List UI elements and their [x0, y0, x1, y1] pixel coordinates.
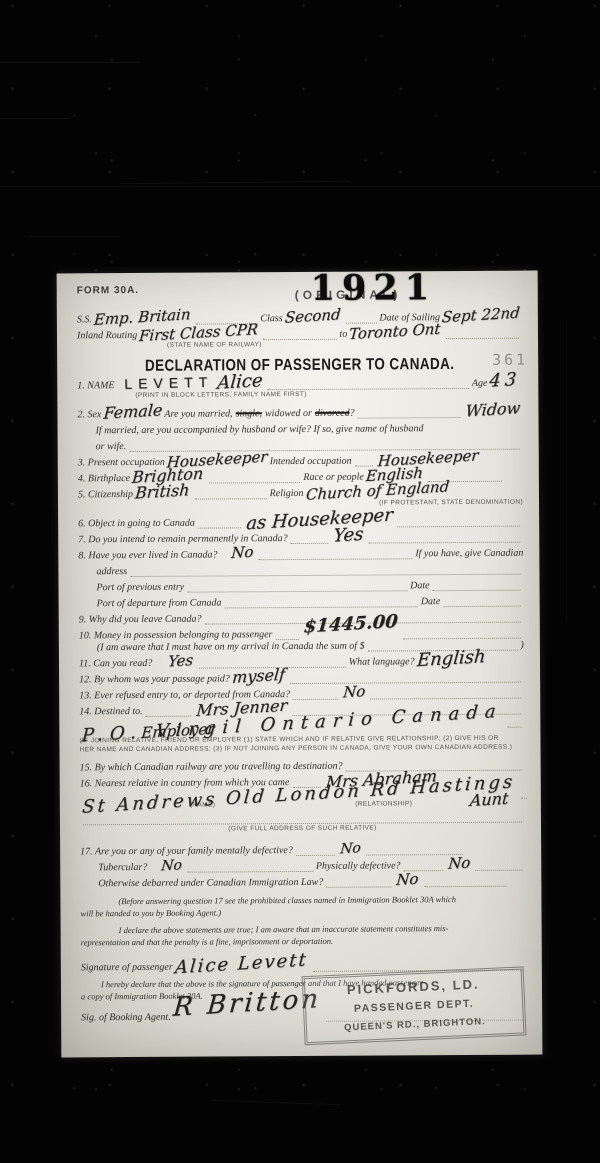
q5-label2: Religion [270, 488, 304, 499]
declaration-line1: I declare the above statements are true;… [119, 923, 449, 936]
intended-occupation-handwriting: Housekeeper [377, 451, 478, 465]
q12-label: 12. By whom was your passage paid? [79, 673, 230, 685]
age-handwriting: 43 [489, 376, 521, 386]
q9-label: 9. Why did you leave Canada? [79, 614, 202, 626]
employer-handwriting: Employer [141, 725, 215, 737]
dotted-line [475, 866, 522, 871]
birthplace-handwriting: Brighton [132, 470, 204, 482]
q2-struck-divorced: divorced [315, 408, 350, 419]
dotted-line [187, 867, 313, 873]
form-number-label: FORM 30A. [77, 285, 139, 296]
dotted-line [424, 882, 506, 888]
object-handwriting: as Housekeeper [246, 512, 393, 529]
q14-caption2: HER NAME AND CANADIAN ADDRESS; (3) IF NO… [79, 744, 512, 755]
port-previous-entry-row: Port of previous entry Date [96, 580, 523, 594]
debarred-answer-handwriting: No [396, 875, 419, 884]
age-label: Age [472, 378, 488, 389]
q2-continuation-1: If married, are you accompanied by husba… [96, 423, 523, 437]
full-address-caption: (GIVE FULL ADDRESS OF SUCH RELATIVE) [228, 825, 376, 834]
dotted-line [326, 882, 392, 887]
stamp-department: PASSENGER DEPT. [314, 996, 514, 1017]
q6-label: 6. Object in going to Canada [78, 518, 195, 530]
stamp-company-name: PICKFORDS, LD. [313, 975, 513, 999]
q7-label: 7. Do you intend to remain permanently i… [78, 533, 287, 545]
dotted-line [290, 678, 521, 684]
dotted-line [443, 602, 520, 607]
passenger-signature-handwriting: Alice Levett [174, 956, 307, 972]
dotted-line [195, 494, 267, 499]
q5-label: 5. Citizenship [78, 489, 133, 500]
dotted-line [187, 586, 407, 592]
remain-answer-handwriting: Yes [333, 531, 364, 541]
q8-lived-row: 8. Have you ever lived in Canada? No If … [78, 548, 523, 562]
q14-caption-row-2: HER NAME AND CANADIAN ADDRESS; (3) IF NO… [79, 744, 524, 755]
dotted-line [397, 522, 520, 528]
declaration-form-document: FORM 30A. (ORIGINAL) 1921 361 S.S. Emp. … [57, 271, 543, 1058]
mental-answer-handwriting: No [340, 844, 361, 853]
dotted-line [433, 586, 521, 592]
film-scan: { "header": { "form_no": "FORM 30A.", "o… [0, 0, 600, 1163]
q17-debarred-row: Otherwise debarred under Canadian Immigr… [98, 876, 525, 890]
language-handwriting: English [416, 653, 485, 665]
q14-label: 14. Destined to. [79, 706, 142, 717]
film-scratch [0, 186, 600, 187]
destination-handwriting: Toronto Ont [349, 325, 441, 338]
booking-agent-rubber-stamp: PICKFORDS, LD. PASSENGER DEPT. QUEEN'S R… [302, 966, 527, 1045]
physical-label: Physically defective? [316, 860, 401, 872]
physical-answer-handwriting: No [448, 858, 471, 867]
q2-cont2-text: or wife. [96, 441, 127, 452]
form-title: DECLARATION OF PASSENGER TO CANADA. [145, 355, 455, 375]
film-scratch [30, 236, 120, 237]
ship-name-handwriting: Emp. Britain [94, 310, 191, 324]
dotted-line [370, 694, 521, 700]
port-departure-row: Port of departure from Canada Date [97, 596, 524, 610]
q2-married-text-3: ? [350, 408, 355, 419]
agent-signature-handwriting: R Britton [172, 995, 320, 1012]
year-1921-stamp: 1921 [311, 271, 437, 309]
q2-married-text-2: widowed or [265, 408, 312, 419]
film-scratch [566, 320, 567, 620]
q7-remain-row: 7. Do you intend to remain permanently i… [78, 532, 523, 546]
passage-paid-handwriting: myself [232, 671, 286, 682]
q11-read-row: 11. Can you read? Yes What language? Eng… [79, 656, 524, 670]
sig-passenger-label: Signature of passenger [81, 962, 173, 974]
q2-married-text-1: Are you married, [164, 408, 232, 419]
money-handwriting: $1445.00 [304, 618, 398, 632]
q11-label2: What language? [349, 656, 415, 667]
q12-passage-row: 12. By whom was your passage paid? mysel… [79, 672, 524, 686]
q2-cont1-text: If married, are you accompanied by husba… [96, 423, 424, 436]
ss-label: S.S. [77, 314, 92, 325]
dotted-line [130, 570, 520, 577]
dotted-line [446, 334, 519, 339]
debarred-label: Otherwise debarred under Canadian Immigr… [98, 877, 323, 889]
q10-note: (I am aware that I must have on my arriv… [97, 641, 365, 654]
stamp-address: QUEEN'S RD., BRIGHTON. [315, 1015, 515, 1035]
dotted-line [403, 634, 521, 640]
form-title-row: DECLARATION OF PASSENGER TO CANADA. [77, 356, 522, 374]
dotted-line [259, 554, 413, 560]
dotted-line [369, 538, 521, 544]
film-scratch [0, 118, 70, 119]
q17-tubercular-row: Tubercular? No Physically defective? No [98, 860, 525, 874]
dotted-line [198, 523, 241, 528]
q10-note-end: ) [521, 640, 524, 651]
tubercular-answer-handwriting: No [161, 861, 182, 870]
q2-struck-single: single, [236, 408, 262, 419]
dotted-line [520, 794, 526, 799]
surname-print: LEVETT [124, 378, 213, 388]
dotted-line [296, 851, 335, 856]
to-label: to [339, 329, 347, 340]
film-scratch [120, 181, 350, 184]
sig-agent-label: Sig. of Booking Agent. [81, 1012, 171, 1024]
q4-label: 4. Birthplace [78, 473, 130, 484]
q3-label2: Intended occupation [270, 456, 352, 468]
dotted-line [291, 539, 329, 544]
declaration-line2: representation and that the penalty is a… [81, 936, 334, 949]
q8-label2: If you have, give Canadian [415, 548, 523, 560]
q8-address-label: address [96, 566, 127, 577]
q17-note-row-2: will be handed to you by Booking Agent.) [80, 906, 525, 920]
lived-answer-handwriting: No [231, 548, 254, 557]
dotted-line [146, 712, 192, 717]
prev-entry-date-label: Date [410, 580, 430, 591]
widow-handwriting: Widow [465, 404, 520, 415]
q6-object-row: 6. Object in going to Canada as Housekee… [78, 516, 523, 530]
class-label: Class [260, 313, 282, 324]
q17-note2: will be handed to you by Booking Agent.) [80, 907, 221, 919]
q15-railway-row: 15. By which Canadian railway are you tr… [80, 760, 525, 774]
q9-leave-row: 9. Why did you leave Canada? [79, 612, 524, 626]
read-answer-handwriting: Yes [168, 656, 194, 666]
q10-label: 10. Money in possession belonging to pas… [79, 629, 273, 641]
sex-handwriting: Female [103, 406, 163, 417]
document-number: 361 [492, 351, 528, 369]
dotted-line [293, 695, 338, 700]
q5-caption: (IF PROTESTANT, STATE DENOMINATION) [379, 499, 523, 508]
prev-entry-label: Port of previous entry [96, 582, 184, 594]
departure-date-label: Date [421, 596, 441, 607]
relationship-caption: (RELATIONSHIP) [355, 800, 412, 808]
refused-answer-handwriting: No [343, 687, 366, 696]
q2-sex-row: 2. Sex Female Are you married, single, w… [77, 407, 522, 421]
q13-refused-row: 13. Ever refused entry to, or deported f… [79, 688, 524, 702]
religion-handwriting: Church of England [305, 482, 449, 498]
q17-label: 17. Are you or any of your family mental… [80, 845, 293, 857]
dotted-line [209, 478, 301, 484]
dotted-line [263, 335, 336, 340]
film-scratch [0, 62, 140, 63]
q17-note1: (Before answering question 17 see the pr… [118, 894, 456, 907]
dotted-line [275, 635, 299, 640]
dotted-line [224, 602, 417, 608]
dotted-line [508, 723, 522, 728]
destined-handwriting: Mrs Jenner [196, 702, 287, 715]
routing-handwriting: First Class CPR [139, 325, 259, 340]
q16-full-address-caption-row: (GIVE FULL ADDRESS OF SUCH RELATIVE) [80, 824, 525, 835]
inland-routing-label: Inland Routing [77, 330, 137, 341]
q8-label: 8. Have you ever lived in Canada? [78, 549, 217, 561]
given-name-handwriting: Alice [217, 377, 263, 388]
relationship-handwriting: Aunt [470, 795, 509, 805]
dotted-line [358, 413, 461, 419]
citizenship-handwriting: British [135, 486, 190, 497]
q8-address-row: address [96, 564, 523, 578]
q15-label: 15. By which Canadian railway are you tr… [80, 761, 343, 774]
q1-label: 1. NAME [77, 380, 114, 391]
year-stamp-group: (ORIGINAL) 1921 [285, 271, 495, 316]
q2-label: 2. Sex [77, 409, 101, 420]
q4-label2: Race or people [303, 472, 364, 483]
departure-label: Port of departure from Canada [97, 597, 222, 609]
tubercular-label: Tubercular? [98, 862, 147, 873]
film-scratch [210, 1100, 340, 1106]
q11-label: 11. Can you read? [79, 658, 152, 669]
declaration-row-2: representation and that the penalty is a… [81, 935, 526, 949]
